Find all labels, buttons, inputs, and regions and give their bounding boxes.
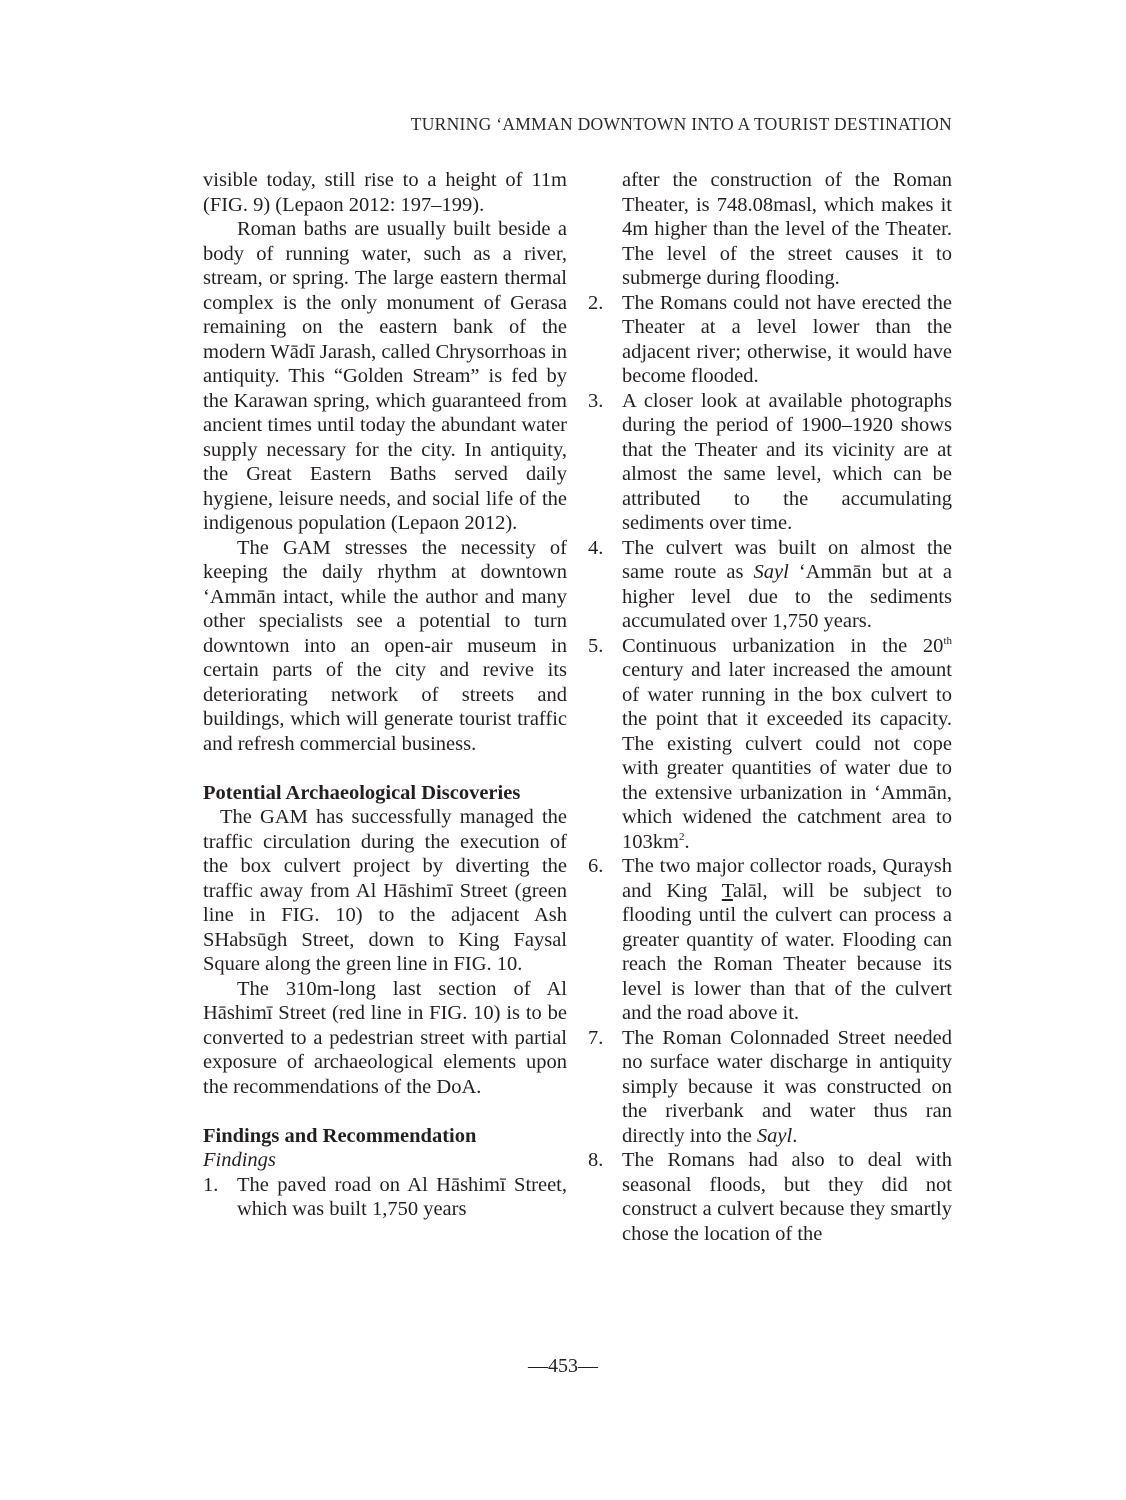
list-item: 2. The Romans could not have erected the…: [588, 291, 952, 389]
right-column: after the construction of the Roman Thea…: [588, 168, 952, 1246]
subsection-heading: Findings: [203, 1148, 567, 1173]
paragraph: The 310m-long last section of Al Hāshimī…: [203, 977, 567, 1100]
list-item-text: .: [684, 831, 689, 853]
spacer: [203, 1099, 567, 1124]
section-heading: Findings and Recommendation: [203, 1124, 567, 1149]
list-number: 5.: [588, 634, 603, 659]
list-item: 8. The Romans had also to deal with seas…: [588, 1148, 952, 1246]
paragraph: Roman baths are usually built beside a b…: [203, 217, 567, 536]
list-item: 6. The two major collector roads, Qurays…: [588, 854, 952, 1026]
left-column: visible today, still rise to a height of…: [203, 168, 567, 1222]
paragraph: The GAM stresses the necessity of keepin…: [203, 536, 567, 757]
paragraph: The GAM has successfully managed the tra…: [203, 805, 567, 977]
page-number: —453—: [0, 1355, 1126, 1378]
list-number: 8.: [588, 1148, 603, 1173]
findings-list: 1. The paved road on Al Hāshimī Street, …: [203, 1173, 567, 1222]
list-number: 1.: [203, 1173, 218, 1198]
list-item-continuation: after the construction of the Roman Thea…: [588, 168, 952, 291]
list-item: 7. The Roman Colonnaded Street needed no…: [588, 1026, 952, 1149]
list-item: 3. A closer look at available photo­grap…: [588, 389, 952, 536]
list-number: 7.: [588, 1026, 603, 1051]
list-number: 2.: [588, 291, 603, 316]
section-heading: Potential Archaeological Discoveries: [203, 781, 567, 806]
list-item-text: The Romans could not have erected the Th…: [622, 292, 952, 388]
list-item-text: century and later increased the amount o…: [622, 659, 952, 853]
underlined-letter: T: [722, 880, 733, 902]
list-item-text: Continuous urbanization in the 20: [622, 635, 943, 657]
spacer: [203, 756, 567, 781]
paragraph: visible today, still rise to a height of…: [203, 168, 567, 217]
findings-list-continued: 2. The Romans could not have erected the…: [588, 291, 952, 1247]
list-item: 4. The culvert was built on almost the s…: [588, 536, 952, 634]
list-item-text: A closer look at available photo­graphs …: [622, 390, 952, 535]
list-number: 6.: [588, 854, 603, 879]
italic-term: Sayl: [757, 1125, 792, 1147]
list-item: 1. The paved road on Al Hāshimī Street, …: [203, 1173, 567, 1222]
list-item-text: .: [792, 1125, 797, 1147]
list-number: 4.: [588, 536, 603, 561]
running-head: TURNING ‘AMMAN DOWNTOWN INTO A TOURIST D…: [360, 114, 952, 135]
list-item: 5. Continuous urbanization in the 20th c…: [588, 634, 952, 855]
list-item-text: The Romans had also to deal with seasona…: [622, 1149, 952, 1245]
superscript: th: [943, 635, 952, 647]
italic-term: Sayl: [754, 561, 789, 583]
list-number: 3.: [588, 389, 603, 414]
list-item-text: The paved road on Al Hāshimī Street, whi…: [237, 1174, 567, 1221]
